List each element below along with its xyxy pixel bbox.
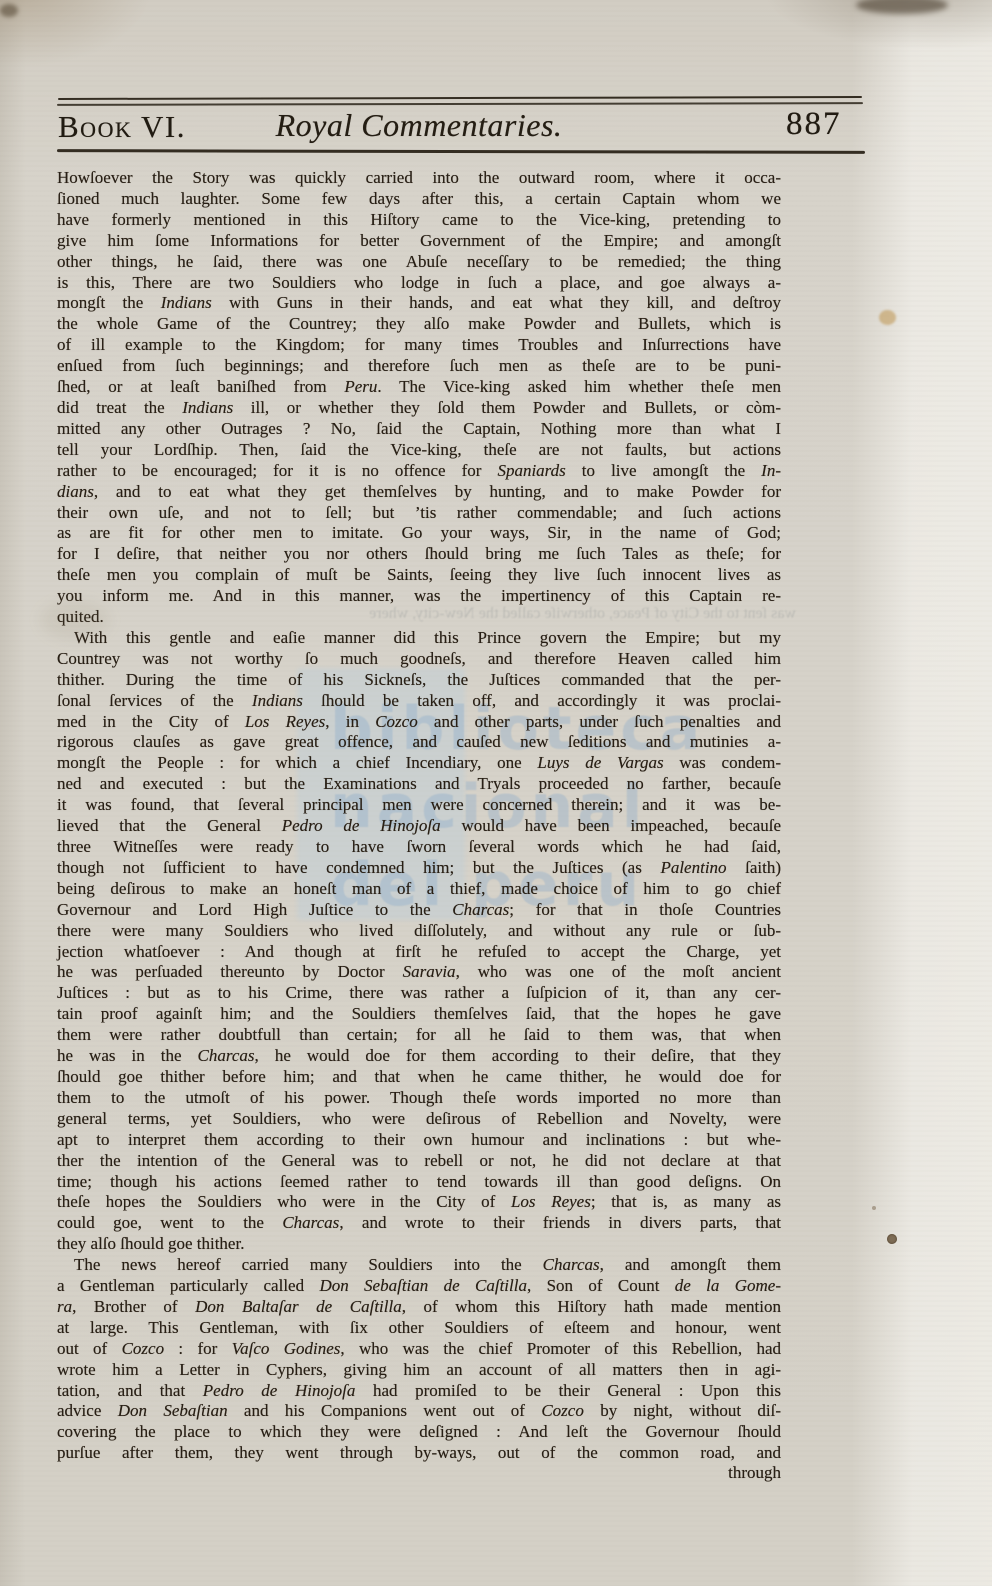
- roman-text: jection whatſoever : And though at firſt…: [57, 942, 781, 961]
- roman-text: at large. This Gentleman, with ſix other…: [57, 1318, 781, 1337]
- text-line: Countrey was not worthy ſo much goodneſs…: [57, 649, 781, 670]
- text-line: it was found, that ſeveral principal men…: [57, 795, 781, 816]
- roman-text: time; though his actions ſeemed rather t…: [57, 1172, 781, 1191]
- roman-text: ; for that in thoſe Countries: [509, 900, 781, 919]
- roman-text: and other parts, under ſuch penalties an…: [418, 712, 781, 731]
- roman-text: as are fit for other men to imitate. Go …: [57, 523, 781, 542]
- italic-text: dians: [57, 482, 94, 501]
- roman-text: he was in the: [57, 1046, 198, 1065]
- text-line: have formerly mentioned in this Hiſtory …: [57, 210, 781, 231]
- text-line: rather to be encouraged; for it is no of…: [57, 461, 781, 482]
- page-number: 887: [786, 106, 866, 143]
- text-line: ther the intention of the General was to…: [57, 1151, 781, 1172]
- roman-text: of ill example to the Kingdom; for many …: [57, 335, 781, 354]
- text-line: With this gentle and eaſie manner did th…: [57, 628, 781, 649]
- roman-text: them were rather doubtfull than certain;…: [57, 1025, 781, 1044]
- roman-text: have formerly mentioned in this Hiſtory …: [57, 210, 781, 229]
- text-line: Juſtices : but as to his Crime, there wa…: [57, 983, 781, 1004]
- roman-text: a Gentleman particularly called: [57, 1276, 319, 1295]
- italic-text: Pedro de Hinojoſa: [203, 1381, 356, 1400]
- text-line: other things, he ſaid, there was one Abu…: [57, 252, 781, 273]
- roman-text: other things, he ſaid, there was one Abu…: [57, 252, 781, 271]
- text-line: tell your Lordſhip. Then, ſaid the Vice-…: [57, 440, 781, 461]
- italic-text: Indians: [182, 398, 233, 417]
- italic-text: Indians: [161, 293, 212, 312]
- text-line: mongſt the People : for which a chief In…: [57, 753, 781, 774]
- text-line: mongſt the Indians with Guns in their ha…: [57, 293, 781, 314]
- roman-text: With this gentle and eaſie manner did th…: [74, 628, 781, 647]
- roman-text: advice: [57, 1401, 118, 1420]
- text-line: as are fit for other men to imitate. Go …: [57, 523, 781, 544]
- italic-text: Los Reyes: [245, 712, 325, 731]
- roman-text: general terms, yet Souldiers, who were d…: [57, 1109, 781, 1128]
- italic-text: Spaniards: [497, 461, 565, 480]
- text-line: ſonal ſervices of the Indians ſhould be …: [57, 691, 781, 712]
- roman-text: mongſt the: [57, 293, 161, 312]
- roman-text: ſaith): [727, 858, 781, 877]
- text-line: time; though his actions ſeemed rather t…: [57, 1172, 781, 1193]
- roman-text: though not ſufficient to have condemned …: [57, 858, 660, 877]
- text-line: ned and executed : but the Examinations …: [57, 774, 781, 795]
- italic-text: de la Gome-: [675, 1276, 781, 1295]
- roman-text: had promiſed to be their General : Upon …: [355, 1381, 781, 1400]
- roman-text: med in the City of: [57, 712, 245, 731]
- roman-text: , in: [325, 712, 375, 731]
- roman-text: ; that is, as many as: [591, 1192, 781, 1211]
- text-line: their own uſe, and not to ſell; but ’tis…: [57, 503, 781, 524]
- roman-text: was condem-: [664, 753, 781, 772]
- text-line: general terms, yet Souldiers, who were d…: [57, 1109, 781, 1130]
- roman-text: covering the place to which they were de…: [57, 1422, 781, 1441]
- text-line: dians, and to eat what they get themſelv…: [57, 482, 781, 503]
- text-line: quited.: [57, 607, 781, 628]
- roman-text: lieved that the General: [57, 816, 282, 835]
- text-line: purſue after them, they went through by-…: [57, 1443, 781, 1464]
- paper-stain: [40, 600, 110, 640]
- text-line: Governour and Lord High Juſtice to the C…: [57, 900, 781, 921]
- text-line: could goe, went to the Charcas, and wrot…: [57, 1213, 781, 1234]
- roman-text: ſhould goe thither before him; and that …: [57, 1067, 781, 1086]
- paper-speck: [887, 1234, 897, 1244]
- italic-text: In-: [761, 461, 781, 480]
- text-line: theſe hopes the Souldiers who were in th…: [57, 1192, 781, 1213]
- text-line: a Gentleman particularly called Don Seba…: [57, 1276, 781, 1297]
- text-line: wrote him a Letter in Cyphers, giving hi…: [57, 1360, 781, 1381]
- roman-text: you inform me. And in this manner, was t…: [57, 586, 781, 605]
- roman-text: their own uſe, and not to ſell; but ’tis…: [57, 503, 781, 522]
- italic-text: Indians: [252, 691, 303, 710]
- italic-text: Vaſco Godines: [232, 1339, 341, 1358]
- roman-text: out of: [57, 1339, 122, 1358]
- roman-text: rather to be encouraged; for it is no of…: [57, 461, 497, 480]
- text-line: though not ſufficient to have condemned …: [57, 858, 781, 879]
- italic-text: Los Reyes: [511, 1192, 591, 1211]
- text-line: ſioned much laughter. Some few days afte…: [57, 189, 781, 210]
- roman-text: , Brother of: [72, 1297, 195, 1316]
- text-line: tain proof againſt him; and the Souldier…: [57, 1004, 781, 1025]
- italic-text: Charcas: [282, 1213, 339, 1232]
- text-line: three Witneſſes were ready to have ſworn…: [57, 837, 781, 858]
- text-line: covering the place to which they were de…: [57, 1422, 781, 1443]
- text-line: thither. During the time of his Sickneſs…: [57, 670, 781, 691]
- text-line: at large. This Gentleman, with ſix other…: [57, 1318, 781, 1339]
- roman-text: there were many Souldiers who lived diſſ…: [57, 921, 781, 940]
- roman-text: he was perſuaded thereunto by Doctor: [57, 962, 403, 981]
- text-line: The news hereof carried many Souldiers i…: [57, 1255, 781, 1276]
- paragraph: The news hereof carried many Souldiers i…: [57, 1255, 781, 1464]
- roman-text: and his Companions went out of: [228, 1401, 542, 1420]
- text-line: there were many Souldiers who lived diſſ…: [57, 921, 781, 942]
- roman-text: is this, There are two Souldiers who lod…: [57, 273, 781, 292]
- roman-text: , and amongſt them: [600, 1255, 781, 1274]
- text-line: ſhed, or at leaſt baniſhed from Peru. Th…: [57, 377, 781, 398]
- paragraph: Howſoever the Story was quickly carried …: [57, 168, 781, 628]
- roman-text: enſued from ſuch beginnings; and therefo…: [57, 356, 781, 375]
- roman-text: Juſtices : but as to his Crime, there wa…: [57, 983, 781, 1002]
- roman-text: : for: [164, 1339, 232, 1358]
- roman-text: Governour and Lord High Juſtice to the: [57, 900, 452, 919]
- roman-text: with Guns in their hands, and eat what t…: [212, 293, 781, 312]
- text-line: he was in the Charcas, he would doe for …: [57, 1046, 781, 1067]
- text-line: he was perſuaded thereunto by Doctor Sar…: [57, 962, 781, 983]
- roman-text: give him ſome Informations for better Go…: [57, 231, 781, 250]
- text-line: apt to interpret them according to their…: [57, 1130, 781, 1151]
- text-line: ſhould goe thither before him; and that …: [57, 1067, 781, 1088]
- roman-text: ſhould be taken off, and accordingly it …: [303, 691, 781, 710]
- roman-text: , he would doe for them according to the…: [255, 1046, 781, 1065]
- roman-text: three Witneſſes were ready to have ſworn…: [57, 837, 781, 856]
- italic-text: Palentino: [660, 858, 726, 877]
- roman-text: tain proof againſt him; and the Souldier…: [57, 1004, 781, 1023]
- roman-text: would have been impeached, becauſe: [441, 816, 781, 835]
- page-title: Royal Commentaries.: [57, 107, 781, 144]
- roman-text: it was found, that ſeveral principal men…: [57, 795, 781, 814]
- roman-text: apt to interpret them according to their…: [57, 1130, 781, 1149]
- roman-text: Countrey was not worthy ſo much goodneſs…: [57, 649, 781, 668]
- roman-text: ſhed, or at leaſt baniſhed from: [57, 377, 344, 396]
- roman-text: they alſo ſhould goe thither.: [57, 1234, 244, 1253]
- italic-text: Don Sebaſtian de Caſtilla: [319, 1276, 527, 1295]
- roman-text: thither. During the time of his Sickneſs…: [57, 670, 781, 689]
- roman-text: tell your Lordſhip. Then, ſaid the Vice-…: [57, 440, 781, 459]
- roman-text: by night, without diſ-: [584, 1401, 781, 1420]
- text-line: is this, There are two Souldiers who lod…: [57, 273, 781, 294]
- roman-text: , who was the chief Promoter of this Reb…: [340, 1339, 781, 1358]
- text-line: give him ſome Informations for better Go…: [57, 231, 781, 252]
- text-line: Howſoever the Story was quickly carried …: [57, 168, 781, 189]
- scanned-book-page: { "page": { "header": { "book_label": "B…: [0, 0, 992, 1586]
- text-line: them to the utmoſt of his power. Though …: [57, 1088, 781, 1109]
- roman-text: ther the intention of the General was to…: [57, 1151, 781, 1170]
- text-line: jection whatſoever : And though at firſt…: [57, 942, 781, 963]
- italic-text: ra: [57, 1297, 72, 1316]
- roman-text: wrote him a Letter in Cyphers, giving hi…: [57, 1360, 781, 1379]
- roman-text: mongſt the People : for which a chief In…: [57, 753, 537, 772]
- roman-text: ſonal ſervices of the: [57, 691, 252, 710]
- roman-text: purſue after them, they went through by-…: [57, 1443, 781, 1462]
- paragraph: With this gentle and eaſie manner did th…: [57, 628, 781, 1255]
- roman-text: to live amongſt the: [566, 461, 761, 480]
- text-line: rigorous clauſes as gave great offence, …: [57, 732, 781, 753]
- text-line: mitted any other Outrages ? No, ſaid the…: [57, 419, 781, 440]
- roman-text: the whole Game of the Countrey; they alſ…: [57, 314, 781, 333]
- text-line: them were rather doubtfull than certain;…: [57, 1025, 781, 1046]
- paper-stain: [879, 310, 896, 325]
- roman-text: The news hereof carried many Souldiers i…: [74, 1255, 543, 1274]
- paper-stain: [0, 4, 18, 17]
- italic-text: Pedro de Hinojoſa: [282, 816, 441, 835]
- paper-speck: [872, 1206, 876, 1210]
- text-line: lieved that the General Pedro de Hinojoſ…: [57, 816, 781, 837]
- italic-text: Charcas: [452, 900, 509, 919]
- roman-text: theſe hopes the Souldiers who were in th…: [57, 1192, 511, 1211]
- text-line: out of Cozco : for Vaſco Godines, who wa…: [57, 1339, 781, 1360]
- text-line: ra, Brother of Don Baltaſar de Caſtilla,…: [57, 1297, 781, 1318]
- roman-text: being deſirous to make an honeſt man of …: [57, 879, 781, 898]
- italic-text: Charcas: [543, 1255, 600, 1274]
- text-block: Howſoever the Story was quickly carried …: [57, 168, 781, 1464]
- roman-text: . The Vice-king asked him whether theſe …: [377, 377, 781, 396]
- italic-text: Luys de Vargas: [537, 753, 663, 772]
- italic-text: Cozco: [122, 1339, 165, 1358]
- italic-text: Saravia: [403, 962, 456, 981]
- italic-text: Cozco: [375, 712, 418, 731]
- text-line: the whole Game of the Countrey; they alſ…: [57, 314, 781, 335]
- text-line: theſe men you complain of muſt be Saints…: [57, 565, 781, 586]
- italic-text: Don Sebaſtian: [118, 1401, 228, 1420]
- text-line: advice Don Sebaſtian and his Companions …: [57, 1401, 781, 1422]
- catchword: through: [57, 1463, 781, 1483]
- roman-text: ned and executed : but the Examinations …: [57, 774, 781, 793]
- text-line: being deſirous to make an honeſt man of …: [57, 879, 781, 900]
- roman-text: tation, and that: [57, 1381, 203, 1400]
- roman-text: mitted any other Outrages ? No, ſaid the…: [57, 419, 781, 438]
- roman-text: did treat the: [57, 398, 182, 417]
- roman-text: theſe men you complain of muſt be Saints…: [57, 565, 781, 584]
- roman-text: , Son of Count: [527, 1276, 675, 1295]
- text-line: did treat the Indians ill, or whether th…: [57, 398, 781, 419]
- roman-text: , and to eat what they get themſelves by…: [94, 482, 781, 501]
- text-line: of ill example to the Kingdom; for many …: [57, 335, 781, 356]
- roman-text: could goe, went to the: [57, 1213, 282, 1232]
- italic-text: Charcas: [198, 1046, 255, 1065]
- roman-text: Howſoever the Story was quickly carried …: [57, 168, 781, 187]
- roman-text: , who was one of the moſt ancient: [456, 962, 781, 981]
- text-line: med in the City of Los Reyes, in Cozco a…: [57, 712, 781, 733]
- italic-text: Don Baltaſar de Caſtilla: [195, 1297, 402, 1316]
- text-line: tation, and that Pedro de Hinojoſa had p…: [57, 1381, 781, 1402]
- roman-text: rigorous clauſes as gave great offence, …: [57, 732, 781, 751]
- roman-text: , of whom this Hiſtory hath made mention: [402, 1297, 781, 1316]
- roman-text: them to the utmoſt of his power. Though …: [57, 1088, 781, 1107]
- text-line: you inform me. And in this manner, was t…: [57, 586, 781, 607]
- roman-text: ſioned much laughter. Some few days afte…: [57, 189, 781, 208]
- roman-text: , and wrote to their friends in divers p…: [339, 1213, 781, 1232]
- text-line: enſued from ſuch beginnings; and therefo…: [57, 356, 781, 377]
- italic-text: Peru: [344, 377, 377, 396]
- text-line: they alſo ſhould goe thither.: [57, 1234, 781, 1255]
- italic-text: Cozco: [541, 1401, 584, 1420]
- roman-text: ill, or whether they ſold them Powder an…: [233, 398, 781, 417]
- roman-text: for I deſire, that neither you nor other…: [57, 544, 781, 563]
- text-line: for I deſire, that neither you nor other…: [57, 544, 781, 565]
